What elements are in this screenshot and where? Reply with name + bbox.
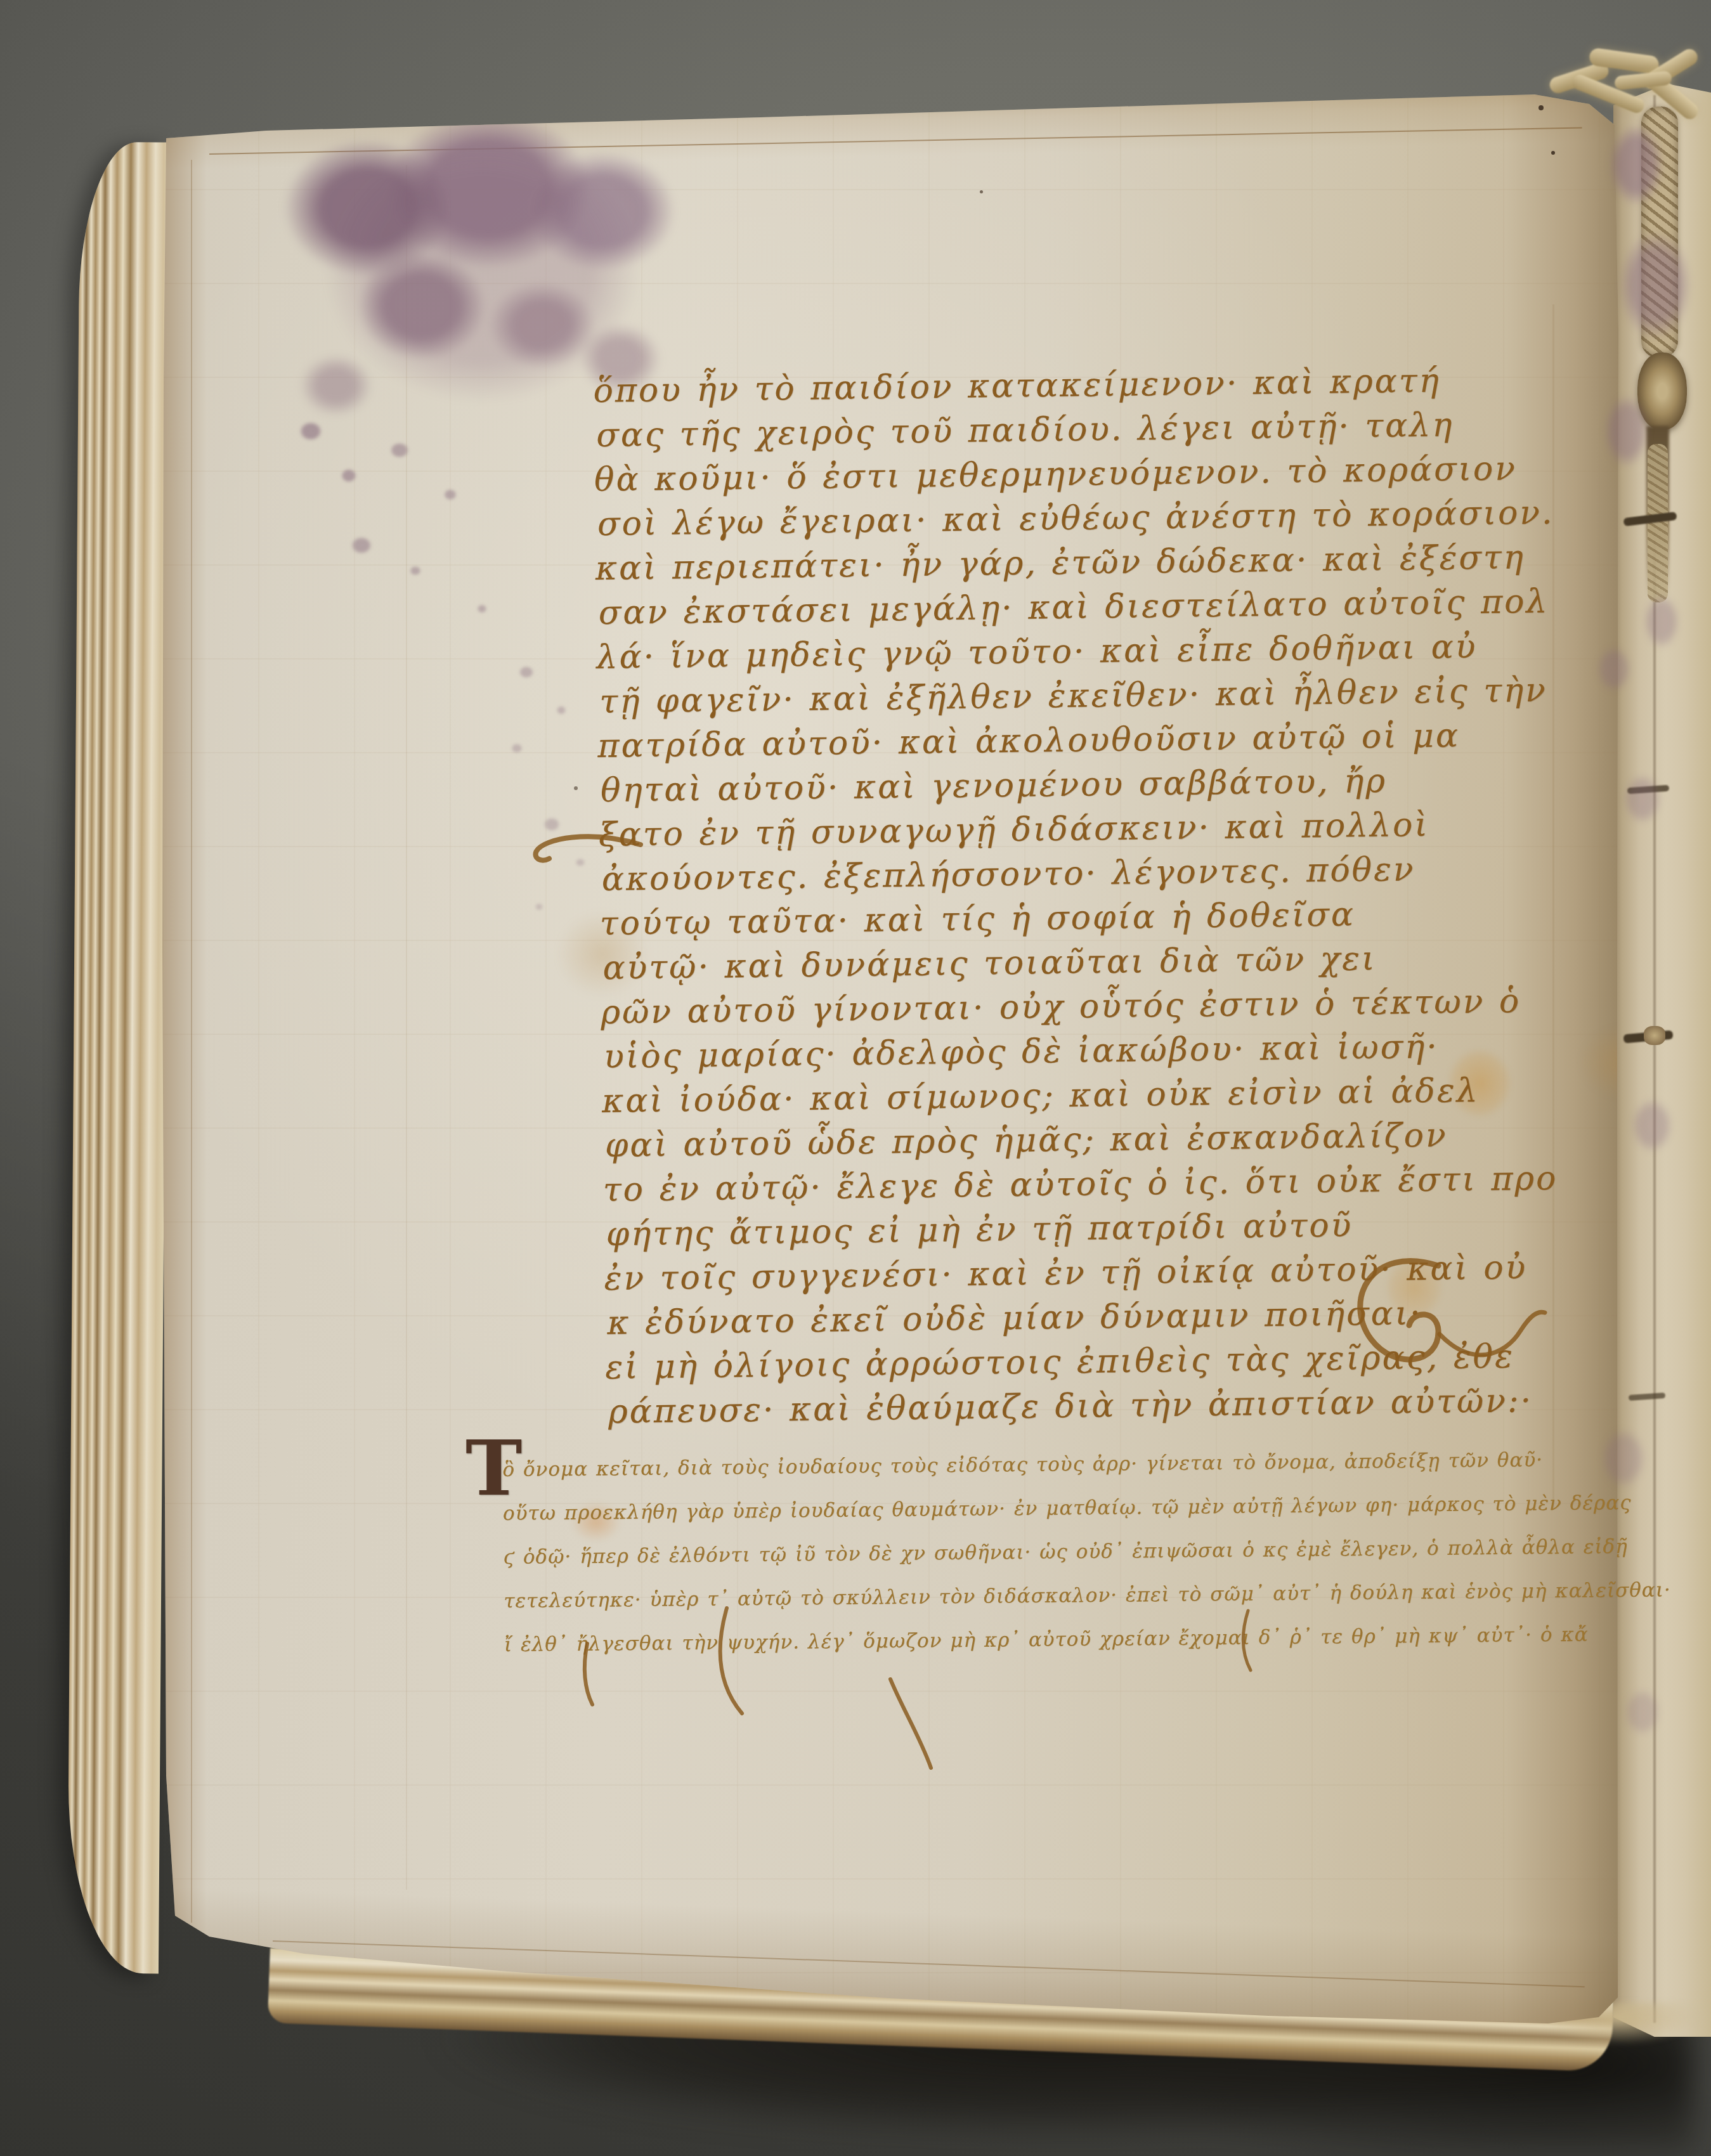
manuscript-photo-scene: ὅπου ἦν τὸ παιδίον κατακείμενον· καὶ κρα… [0, 0, 1711, 2156]
ink-speck [1551, 151, 1555, 155]
gospel-text-block: ὅπου ἦν τὸ παιδίον κατακείμενον· καὶ κρα… [593, 357, 1595, 1434]
page-edges-left-stack [67, 142, 171, 1974]
scholion-text-block: ὃ ὄνομα κεῖται, διὰ τοὺς ἰουδαίους τοὺς … [502, 1438, 1570, 1667]
ink-speck [574, 786, 578, 790]
ink-speck [980, 190, 983, 193]
ink-speck [1539, 105, 1544, 110]
left-edge-rule-line [191, 160, 192, 1923]
